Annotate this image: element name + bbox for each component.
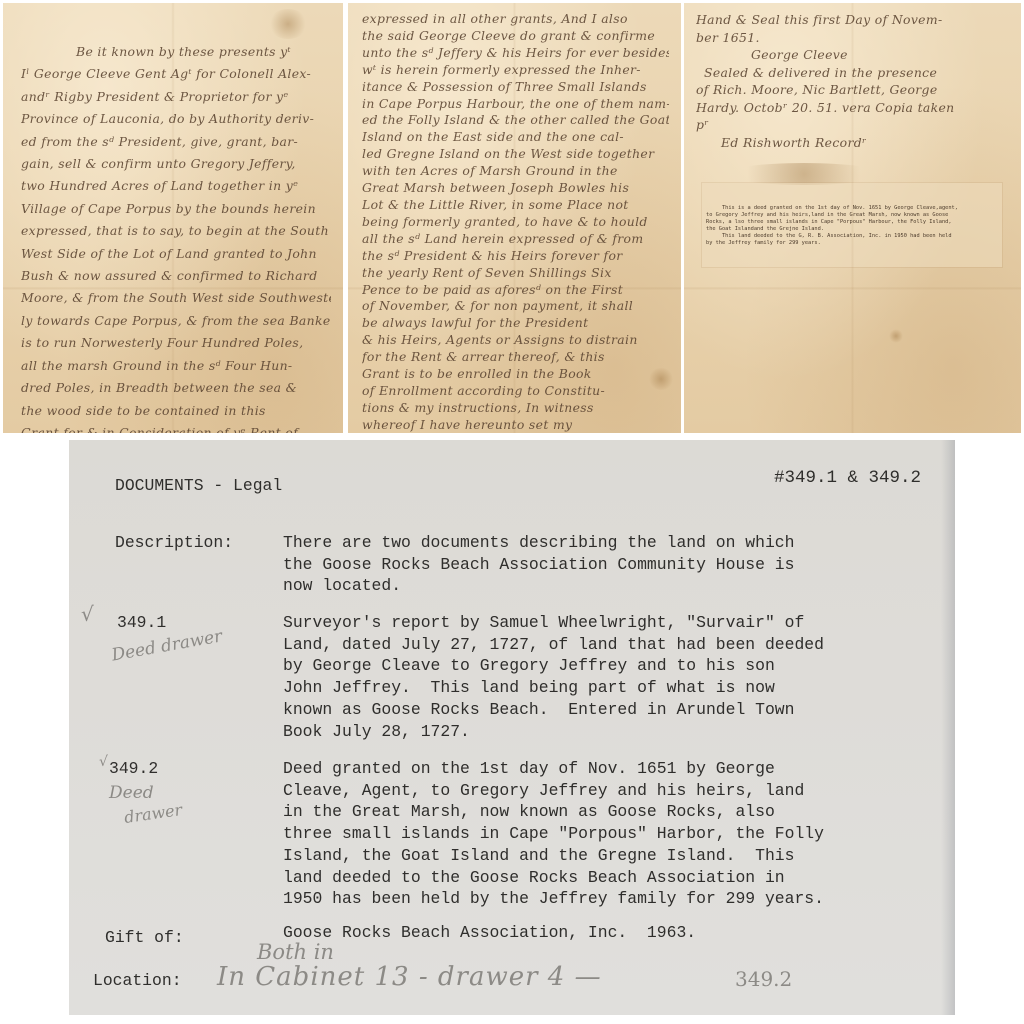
pencil-location-value: In Cabinet 13 - drawer 4 — xyxy=(217,962,602,992)
handwritten-line: ed the Folly Island & the other called t… xyxy=(362,112,669,129)
recorder-signature: Ed Rishworth Recordʳ xyxy=(696,134,1009,152)
handwritten-line: Great Marsh between Joseph Bowles his xyxy=(362,180,669,197)
paper-stain xyxy=(648,368,674,390)
manuscript-page-1: Be it known by these presents yᵗ Iˡ Geor… xyxy=(3,3,343,433)
pencil-location-note: Both in xyxy=(257,940,334,964)
manuscript-page-2: expressed in all other grants, And I als… xyxy=(348,3,681,433)
item-number: 349.2 xyxy=(109,758,158,780)
handwritten-text-page-2: expressed in all other grants, And I als… xyxy=(362,11,669,433)
handwritten-line: Pence to be paid as aforesᵈ on the First xyxy=(362,282,669,299)
handwritten-line: in Cape Porpus Harbour, the one of them … xyxy=(362,96,669,113)
handwritten-line: Hardy. Octobʳ 20. 51. vera Copia taken xyxy=(696,99,1009,117)
pencil-reference-number: 349.2 xyxy=(735,967,792,991)
typed-summary-slip: This is a deed granted on the 1st day of… xyxy=(702,183,1002,267)
handwritten-line: itance & Possession of Three Small Islan… xyxy=(362,79,669,96)
handwritten-text-page-3: Hand & Seal this first Day of Novem- ber… xyxy=(696,11,1009,151)
handwritten-line: expressed in all other grants, And I als… xyxy=(362,11,669,28)
handwritten-line: ed from the sᵈ President, give, grant, b… xyxy=(21,131,331,153)
handwritten-line: Grant is to be enrolled in the Book xyxy=(362,366,669,383)
handwritten-line: of November, & for non payment, it shall xyxy=(362,298,669,315)
handwritten-line: Iˡ George Cleeve Gent Agᵗ for Colonell A… xyxy=(21,63,331,85)
description-label: Description: xyxy=(115,532,233,554)
description-line: There are two documents describing the l… xyxy=(283,532,794,554)
handwritten-line: the yearly Rent of Seven Shillings Six xyxy=(362,265,669,282)
handwritten-line: led Gregne Island on the West side toget… xyxy=(362,146,669,163)
location-label: Location: xyxy=(93,970,182,992)
handwritten-line: Grant for & in Consideration of yᵉ Rent … xyxy=(21,422,331,433)
manuscript-page-3: Hand & Seal this first Day of Novem- ber… xyxy=(684,3,1021,433)
handwritten-line: & his Heirs, Agents or Assigns to distra… xyxy=(362,332,669,349)
signature-george-cleeve: George Cleeve xyxy=(696,46,1009,64)
item-description-line: 1950 has been held by the Jeffrey family… xyxy=(283,888,824,910)
item-description-line: by George Cleave to Gregory Jeffrey and … xyxy=(283,655,775,677)
handwritten-line: with ten Acres of Marsh Ground in the xyxy=(362,163,669,180)
handwritten-line: West Side of the Lot of Land granted to … xyxy=(21,243,331,265)
handwritten-line: dred Poles, in Breadth between the sea & xyxy=(21,377,331,399)
handwritten-line: Sealed & delivered in the presence xyxy=(696,64,1009,82)
handwritten-line: andʳ Rigby President & Proprietor for yᵉ xyxy=(21,86,331,108)
card-category: DOCUMENTS - Legal xyxy=(115,475,282,497)
handwritten-line: two Hundred Acres of Land together in yᵉ xyxy=(21,175,331,197)
check-mark: √ xyxy=(81,602,94,626)
handwritten-line: Be it known by these presents yᵗ xyxy=(21,41,331,63)
handwritten-line: be always lawful for the President xyxy=(362,315,669,332)
paper-stain xyxy=(268,9,308,39)
handwritten-line: Island on the East side and the one cal- xyxy=(362,129,669,146)
handwritten-line: Hand & Seal this first Day of Novem- xyxy=(696,11,1009,29)
catalog-number: #349.1 & 349.2 xyxy=(774,468,921,490)
handwritten-line: of Rich. Moore, Nic Bartlett, George xyxy=(696,81,1009,99)
handwritten-line: for the Rent & arrear thereof, & this xyxy=(362,349,669,366)
handwritten-line: Moore, & from the South West side Southw… xyxy=(21,287,331,309)
handwritten-line: pʳ xyxy=(696,116,1009,134)
handwritten-line: Lot & the Little River, in some Place no… xyxy=(362,197,669,214)
item-description-line: three small islands in Cape "Porpous" Ha… xyxy=(283,823,824,845)
item-description-line: in the Great Marsh, now known as Goose R… xyxy=(283,801,775,823)
item-description-line: known as Goose Rocks Beach. Entered in A… xyxy=(283,699,794,721)
handwritten-line: Bush & now assured & confirmed to Richar… xyxy=(21,265,331,287)
description-line: now located. xyxy=(283,575,401,597)
pencil-note: drawer xyxy=(123,800,183,827)
gift-value: Goose Rocks Beach Association, Inc. 1963… xyxy=(283,922,696,944)
paper-stain xyxy=(724,163,884,185)
handwritten-line: Village of Cape Porpus by the bounds her… xyxy=(21,198,331,220)
paper-stain xyxy=(889,329,903,343)
item-description-line: Book July 28, 1727. xyxy=(283,721,470,743)
handwritten-line: being formerly granted, to have & to hou… xyxy=(362,214,669,231)
item-description-line: Island, the Goat Island and the Gregne I… xyxy=(283,845,794,867)
pencil-note: Deed xyxy=(109,783,154,803)
item-description-line: Surveyor's report by Samuel Wheelwright,… xyxy=(283,612,804,634)
handwritten-line: ly towards Cape Porpus, & from the sea B… xyxy=(21,310,331,332)
typed-summary-text: This is a deed granted on the 1st day of… xyxy=(706,205,998,246)
handwritten-line: ber 1651. xyxy=(696,29,1009,47)
handwritten-line: unto the sᵈ Jeffery & his Heirs for ever… xyxy=(362,45,669,62)
handwritten-line: all the sᵈ Land herein expressed of & fr… xyxy=(362,231,669,248)
item-description-line: Deed granted on the 1st day of Nov. 1651… xyxy=(283,758,775,780)
catalog-index-card: DOCUMENTS - Legal #349.1 & 349.2 Descrip… xyxy=(69,440,955,1015)
handwritten-line: whereof I have hereunto set my xyxy=(362,417,669,433)
handwritten-text-page-1: Be it known by these presents yᵗ Iˡ Geor… xyxy=(21,41,331,433)
handwritten-line: Province of Lauconia, do by Authority de… xyxy=(21,108,331,130)
item-description-line: John Jeffrey. This land being part of wh… xyxy=(283,677,775,699)
handwritten-line: all the marsh Ground in the sᵈ Four Hun- xyxy=(21,355,331,377)
item-description-line: Land, dated July 27, 1727, of land that … xyxy=(283,634,824,656)
description-line: the Goose Rocks Beach Association Commun… xyxy=(283,554,794,576)
item-number: 349.1 xyxy=(117,612,166,634)
check-mark: √ xyxy=(99,754,108,770)
handwritten-line: the said George Cleeve do grant & confir… xyxy=(362,28,669,45)
item-description-line: Cleave, Agent, to Gregory Jeffrey and hi… xyxy=(283,780,804,802)
handwritten-line: of Enrollment according to Constitu- xyxy=(362,383,669,400)
handwritten-line: gain, sell & confirm unto Gregory Jeffer… xyxy=(21,153,331,175)
handwritten-line: wᵗ is herein formerly expressed the Inhe… xyxy=(362,62,669,79)
handwritten-line: tions & my instructions, In witness xyxy=(362,400,669,417)
gift-label: Gift of: xyxy=(105,927,184,949)
handwritten-line: the wood side to be contained in this xyxy=(21,400,331,422)
item-description-line: land deeded to the Goose Rocks Beach Ass… xyxy=(283,867,785,889)
handwritten-line: expressed, that is to say, to begin at t… xyxy=(21,220,331,242)
handwritten-line: is to run Norwesterly Four Hundred Poles… xyxy=(21,332,331,354)
handwritten-line: the sᵈ President & his Heirs forever for xyxy=(362,248,669,265)
